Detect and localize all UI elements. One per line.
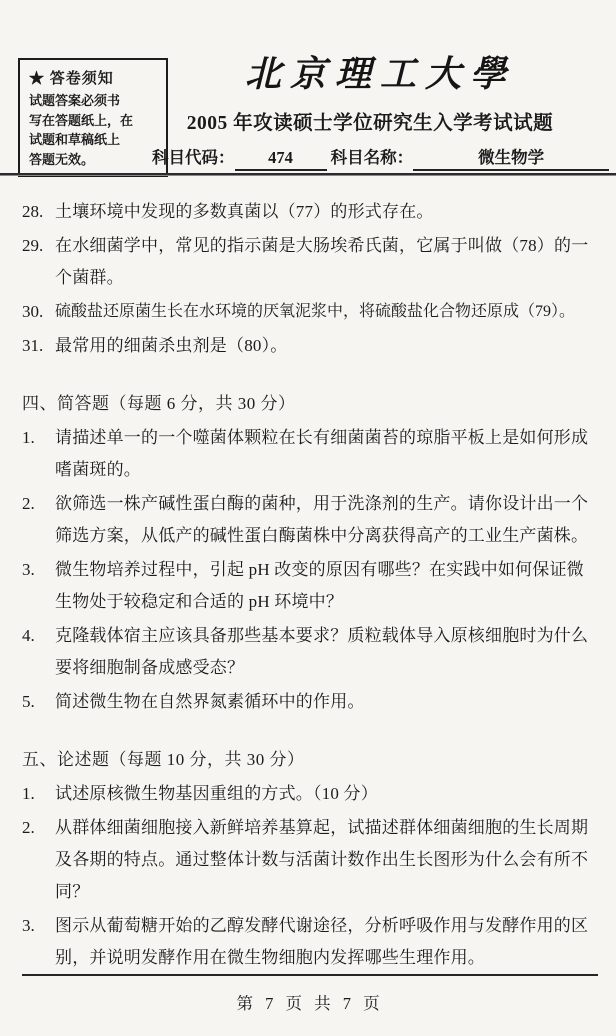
question-body: 28. 土壤环境中发现的多数真菌以（77）的形式存在。 29. 在水细菌学中，常… bbox=[22, 196, 602, 976]
question-number: 31. bbox=[22, 330, 55, 362]
section-four-item-4: 4. 克隆载体宿主应该具备那些基本要求？质粒载体导入原核细胞时为什么要将细胞制备… bbox=[22, 620, 602, 684]
subject-row: 科目代码：474 科目名称：微生物学 bbox=[152, 144, 610, 171]
question-text: 试述原核微生物基因重组的方式。（10 分） bbox=[55, 778, 600, 810]
section-four-item-5: 5. 简述微生物在自然界氮素循环中的作用。 bbox=[22, 686, 602, 718]
section-four-item-3: 3. 微生物培养过程中，引起 pH 改变的原因有哪些？在实践中如何保证微生物处于… bbox=[22, 554, 602, 618]
exam-title: 2005 年攻读硕士学位研究生入学考试试题 bbox=[150, 107, 590, 135]
question-item-30: 30. 硫酸盐还原菌生长在水环境的厌氧泥浆中，将硫酸盐化合物还原成（79）。 bbox=[22, 296, 602, 328]
section-four-heading: 四、简答题（每题 6 分，共 30 分） bbox=[22, 388, 602, 420]
question-text: 图示从葡萄糖开始的乙醇发酵代谢途径，分析呼吸作用与发酵作用的区别，并说明发酵作用… bbox=[55, 910, 600, 974]
question-number: 1. bbox=[22, 778, 55, 810]
notice-line: 试题和草稿纸上 bbox=[29, 130, 157, 150]
question-text: 硫酸盐还原菌生长在水环境的厌氧泥浆中，将硫酸盐化合物还原成（79）。 bbox=[55, 296, 600, 328]
question-text: 简述微生物在自然界氮素循环中的作用。 bbox=[55, 686, 600, 718]
section-four-item-2: 2. 欲筛选一株产碱性蛋白酶的菌种，用于洗涤剂的生产。请你设计出一个筛选方案，从… bbox=[22, 488, 602, 552]
header-divider bbox=[0, 173, 616, 176]
question-number: 3. bbox=[22, 910, 55, 974]
section-five-item-1: 1. 试述原核微生物基因重组的方式。（10 分） bbox=[22, 778, 602, 810]
question-number: 30. bbox=[22, 296, 55, 328]
question-text: 克隆载体宿主应该具备那些基本要求？质粒载体导入原核细胞时为什么要将细胞制备成感受… bbox=[55, 620, 600, 684]
question-number: 2. bbox=[22, 812, 55, 908]
question-number: 28. bbox=[22, 196, 55, 228]
question-number: 4. bbox=[22, 620, 55, 684]
section-five-item-2: 2. 从群体细菌细胞接入新鲜培养基算起，试描述群体细菌细胞的生长周期及各期的特点… bbox=[22, 812, 602, 908]
notice-line: 试题答案必须书 bbox=[29, 91, 157, 111]
question-number: 2. bbox=[22, 488, 55, 552]
subject-name-label: 科目名称： bbox=[331, 144, 414, 168]
subject-code-label: 科目代码： bbox=[152, 144, 235, 168]
section-four-item-1: 1. 请描述单一的一个噬菌体颗粒在长有细菌菌苔的琼脂平板上是如何形成嗜菌斑的。 bbox=[22, 422, 602, 486]
subject-code-value: 474 bbox=[235, 148, 327, 171]
answer-notice-box: ★ 答卷须知 试题答案必须书 写在答题纸上，在 试题和草稿纸上 答题无效。 bbox=[18, 58, 168, 177]
section-five-item-3: 3. 图示从葡萄糖开始的乙醇发酵代谢途径，分析呼吸作用与发酵作用的区别，并说明发… bbox=[22, 910, 602, 974]
footer-divider bbox=[22, 974, 598, 976]
section-five-heading: 五、论述题（每题 10 分，共 30 分） bbox=[22, 744, 602, 776]
question-item-31: 31. 最常用的细菌杀虫剂是（80）。 bbox=[22, 330, 602, 362]
question-item-28: 28. 土壤环境中发现的多数真菌以（77）的形式存在。 bbox=[22, 196, 602, 228]
question-number: 29. bbox=[22, 230, 55, 294]
question-item-29: 29. 在水细菌学中，常见的指示菌是大肠埃希氏菌，它属于叫做（78）的一个菌群。 bbox=[22, 230, 602, 294]
question-number: 5. bbox=[22, 686, 55, 718]
exam-paper-page: ★ 答卷须知 试题答案必须书 写在答题纸上，在 试题和草稿纸上 答题无效。 北京… bbox=[0, 0, 616, 1036]
question-text: 土壤环境中发现的多数真菌以（77）的形式存在。 bbox=[55, 196, 600, 228]
page-number: 第 7 页 共 7 页 bbox=[22, 990, 598, 1014]
university-name: 北京理工大學 bbox=[165, 46, 595, 97]
question-text: 在水细菌学中，常见的指示菌是大肠埃希氏菌，它属于叫做（78）的一个菌群。 bbox=[55, 230, 600, 294]
notice-line: 答题无效。 bbox=[29, 150, 157, 170]
notice-line: 写在答题纸上，在 bbox=[29, 111, 157, 131]
page-footer: 第 7 页 共 7 页 bbox=[22, 974, 598, 1014]
question-number: 3. bbox=[22, 554, 55, 618]
notice-title: ★ 答卷须知 bbox=[29, 67, 157, 88]
question-text: 微生物培养过程中，引起 pH 改变的原因有哪些？在实践中如何保证微生物处于较稳定… bbox=[55, 554, 600, 618]
question-text: 请描述单一的一个噬菌体颗粒在长有细菌菌苔的琼脂平板上是如何形成嗜菌斑的。 bbox=[55, 422, 600, 486]
question-text: 从群体细菌细胞接入新鲜培养基算起，试描述群体细菌细胞的生长周期及各期的特点。通过… bbox=[55, 812, 600, 908]
question-text: 最常用的细菌杀虫剂是（80）。 bbox=[55, 330, 600, 362]
question-number: 1. bbox=[22, 422, 55, 486]
question-text: 欲筛选一株产碱性蛋白酶的菌种，用于洗涤剂的生产。请你设计出一个筛选方案，从低产的… bbox=[55, 488, 600, 552]
subject-name-value: 微生物学 bbox=[413, 144, 609, 171]
